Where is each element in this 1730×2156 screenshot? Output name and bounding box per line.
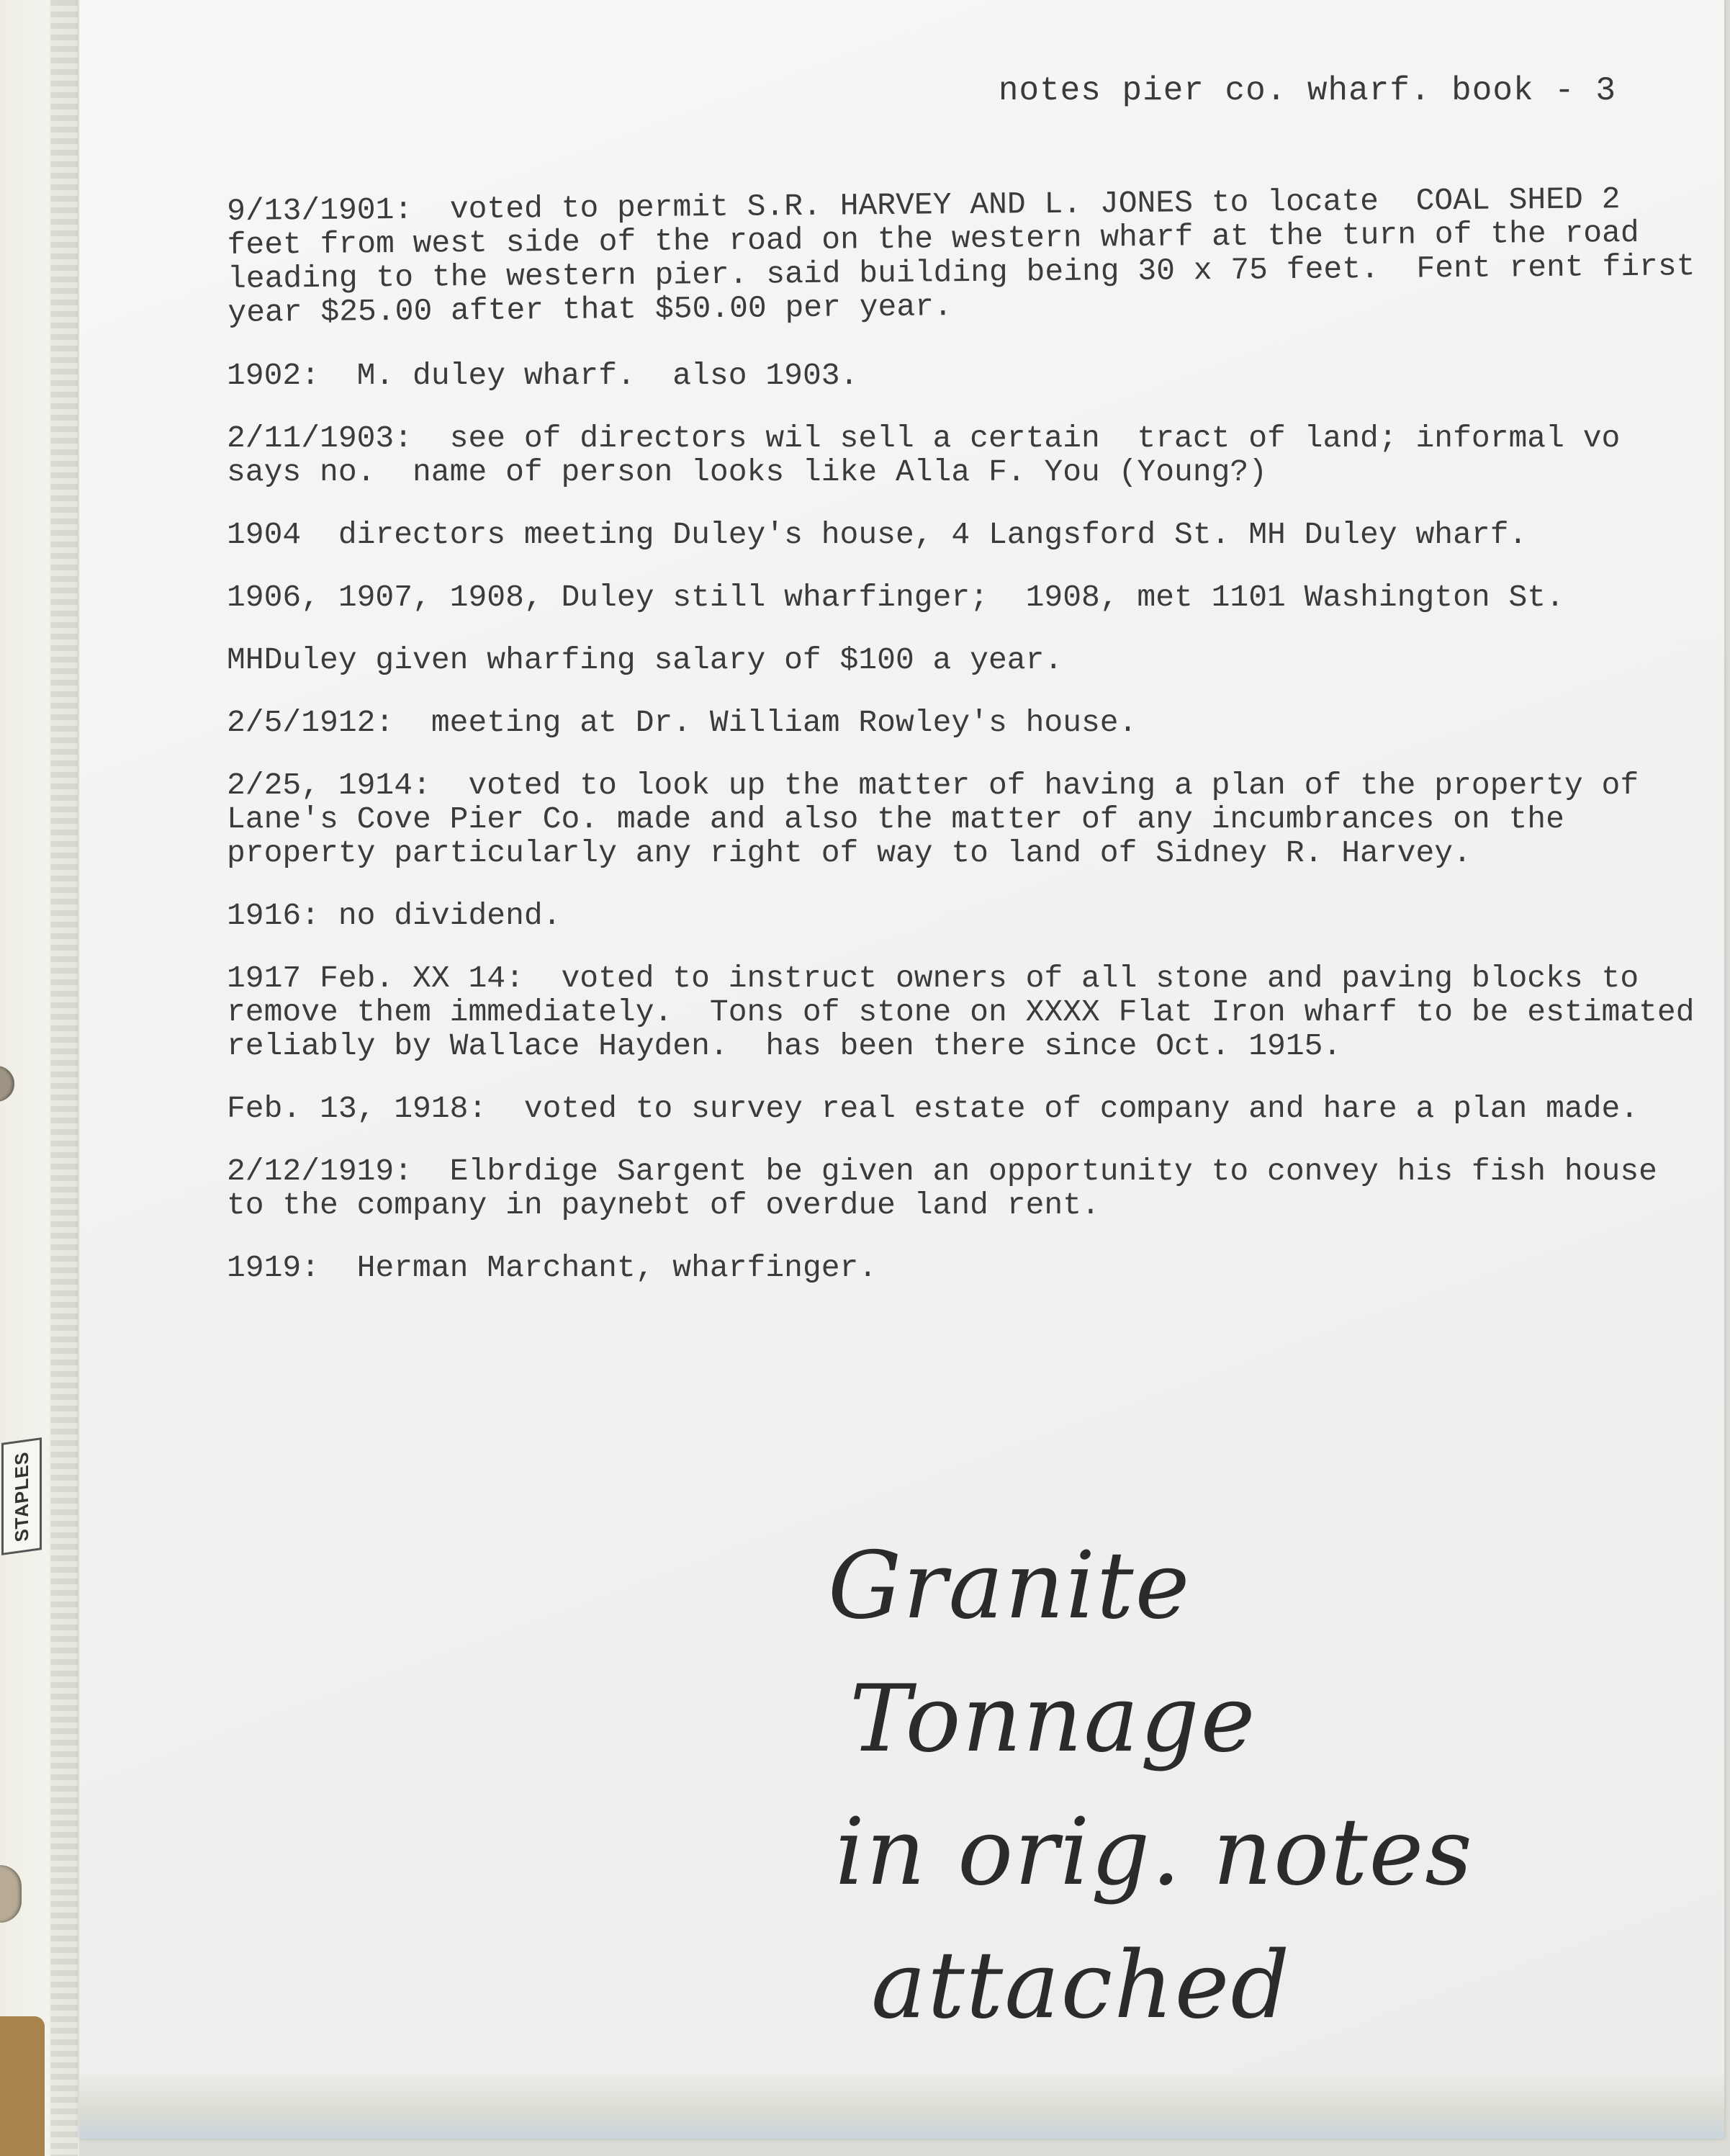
entry-date: 1916: — [227, 898, 320, 933]
handwritten-line: Tonnage — [828, 1653, 1476, 1786]
entry-1906-1908: 1906, 1907, 1908, Duley still wharfinger… — [227, 580, 1695, 614]
entry-date: 1904 — [227, 517, 301, 552]
staples-logo-text: STAPLES — [11, 1450, 33, 1542]
binder-hole — [0, 1066, 14, 1102]
entry-1902: 1902: M. duley wharf. also 1903. — [227, 359, 1695, 392]
entry-1919: 1919: Herman Marchant, wharfinger. — [227, 1251, 1695, 1285]
entry-text: meeting at Dr. William Rowley's house. — [431, 705, 1137, 740]
minutes-entries: 9/13/1901: voted to permit S.R. HARVEY A… — [227, 194, 1695, 1313]
entry-1912: 2/5/1912: meeting at Dr. William Rowley'… — [227, 706, 1695, 740]
entry-1914: 2/25, 1914: voted to look up the matter … — [227, 768, 1695, 870]
entry-text: no dividend. — [338, 898, 562, 933]
entry-text: directors meeting Duley's house, 4 Langs… — [338, 517, 1527, 552]
entry-date: 2/5/1912: — [227, 705, 394, 740]
entry-1916: 1916: no dividend. — [227, 899, 1695, 933]
entry-1903: 2/11/1903: see of directors wil sell a c… — [227, 421, 1695, 489]
handwritten-line: Granite — [828, 1519, 1476, 1653]
binder-perforated-edge — [50, 0, 78, 2156]
entry-date: 1919: — [227, 1250, 320, 1285]
entry-date: 9/13/1901: — [227, 192, 413, 229]
folder-tab — [0, 2016, 45, 2156]
entry-1904: 1904 directors meeting Duley's house, 4 … — [227, 518, 1695, 552]
entry-1919-feb: 2/12/1919: Elbrdige Sargent be given an … — [227, 1154, 1695, 1222]
entry-date: 1906, 1907, 1908, — [227, 580, 543, 615]
entry-text: Elbrdige Sargent be given an opportunity… — [227, 1154, 1676, 1223]
entry-1901: 9/13/1901: voted to permit S.R. HARVEY A… — [227, 181, 1697, 330]
entry-1917: 1917 Feb. XX 14: voted to instruct owner… — [227, 961, 1695, 1063]
page-header: notes pier co. wharf. book - 3 — [999, 72, 1616, 109]
entry-date: 1902: — [227, 358, 320, 393]
entry-date: Feb. 13, 1918: — [227, 1091, 487, 1126]
handwritten-line: in orig. notes — [828, 1786, 1476, 1919]
staples-logo: STAPLES — [1, 1437, 42, 1555]
entry-text: M. duley wharf. also 1903. — [357, 358, 859, 393]
typed-document-page: notes pier co. wharf. book - 3 9/13/1901… — [79, 0, 1724, 2139]
entry-date: 2/12/1919: — [227, 1154, 413, 1189]
entry-date: 2/25, 1914: — [227, 768, 431, 803]
handwritten-line: attached — [828, 1919, 1476, 2052]
entry-1918: Feb. 13, 1918: voted to survey real esta… — [227, 1092, 1695, 1126]
entry-text: voted to permit S.R. HARVEY AND L. JONES… — [227, 181, 1713, 331]
entry-date: 1917 Feb. XX 14: — [227, 961, 524, 996]
entry-text: Herman Marchant, wharfinger. — [357, 1250, 878, 1285]
entry-salary: MHDuley given wharfing salary of $100 a … — [227, 643, 1695, 677]
entry-text: voted to look up the matter of having a … — [227, 768, 1657, 871]
binder-hole — [0, 1865, 22, 1923]
entry-text: see of directors wil sell a certain trac… — [227, 421, 1639, 490]
entry-text: Duley still wharfinger; 1908, met 1101 W… — [561, 580, 1564, 615]
handwritten-note: Granite Tonnage in orig. notes attached — [828, 1519, 1476, 2052]
entry-text: voted to survey real estate of company a… — [524, 1091, 1639, 1126]
binder-sheet-protector-edge: STAPLES — [0, 0, 79, 2156]
entry-text: MHDuley given wharfing salary of $100 a … — [227, 642, 1063, 678]
entry-date: 2/11/1903: — [227, 421, 413, 456]
